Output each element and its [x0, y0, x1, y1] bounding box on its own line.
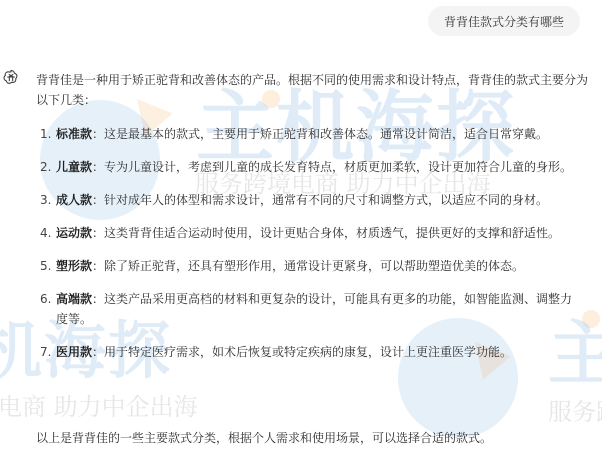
chat-page: 主机海探 服务跨境电商 助力中企出海 机海探 电商 助力中企出海 主 服务跨 背…: [0, 0, 602, 450]
style-list: 1.标准款：这是最基本的款式，主要用于矫正驼背和改善体态。通常设计简洁，适合日常…: [36, 124, 592, 362]
list-item-desc: 这类背背佳适合运动时使用，设计更贴合身体，材质透气，提供更好的支撑和舒适性。: [104, 226, 560, 240]
list-item-sep: ：: [92, 292, 104, 306]
list-item-number: 5.: [40, 256, 51, 276]
list-item-number: 1.: [40, 124, 51, 144]
list-item-sep: ：: [92, 193, 104, 207]
list-item-desc: 这是最基本的款式，主要用于矫正驼背和改善体态。通常设计简洁，适合日常穿戴。: [104, 127, 548, 141]
user-message-bubble: 背背佳款式分类有哪些: [428, 6, 580, 36]
user-message-text: 背背佳款式分类有哪些: [444, 13, 564, 30]
list-item-term: 儿童款: [56, 160, 92, 174]
list-item-number: 7.: [40, 342, 51, 362]
list-item-desc: 专为儿童设计，考虑到儿童的成长发育特点，材质更加柔软，设计更加符合儿童的身形。: [104, 160, 572, 174]
list-item-term: 医用款: [56, 345, 92, 359]
list-item-sep: ：: [92, 160, 104, 174]
answer-intro: 背背佳是一种用于矫正驼背和改善体态的产品。根据不同的使用需求和设计特点，背背佳的…: [36, 70, 592, 110]
list-item-number: 2.: [40, 157, 51, 177]
list-item-sep: ：: [92, 345, 104, 359]
list-item-number: 4.: [40, 223, 51, 243]
list-item: 3.成人款：针对成年人的体型和需求设计，通常有不同的尺寸和调整方式，以适应不同的…: [36, 190, 592, 210]
list-item-term: 高端款: [56, 292, 92, 306]
watermark-slogan-left: 电商 助力中企出海: [0, 393, 198, 421]
list-item-desc: 除了矫正驼背，还具有塑形作用，通常设计更紧身，可以帮助塑造优美的体态。: [104, 259, 524, 273]
list-item-desc: 这类产品采用更高档的材料和更复杂的设计，可能具有更多的功能，如智能监测、调整力度…: [56, 292, 572, 326]
assistant-message: 背背佳是一种用于矫正驼背和改善体态的产品。根据不同的使用需求和设计特点，背背佳的…: [36, 70, 592, 375]
list-item-desc: 针对成年人的体型和需求设计，通常有不同的尺寸和调整方式，以适应不同的身材。: [104, 193, 548, 207]
openai-logo-icon: [2, 68, 20, 86]
list-item-term: 成人款: [56, 193, 92, 207]
list-item-sep: ：: [92, 226, 104, 240]
list-item-number: 3.: [40, 190, 51, 210]
list-item: 4.运动款：这类背背佳适合运动时使用，设计更贴合身体，材质透气，提供更好的支撑和…: [36, 223, 592, 243]
list-item-term: 运动款: [56, 226, 92, 240]
list-item: 7.医用款：用于特定医疗需求，如术后恢复或特定疾病的康复，设计上更注重医学功能。: [36, 342, 592, 362]
list-item-desc: 用于特定医疗需求，如术后恢复或特定疾病的康复，设计上更注重医学功能。: [104, 345, 512, 359]
list-item: 6.高端款：这类产品采用更高档的材料和更复杂的设计，可能具有更多的功能，如智能监…: [36, 289, 592, 329]
list-item-number: 6.: [40, 289, 51, 309]
list-item-term: 塑形款: [56, 259, 92, 273]
list-item-sep: ：: [92, 127, 104, 141]
list-item: 1.标准款：这是最基本的款式，主要用于矫正驼背和改善体态。通常设计简洁，适合日常…: [36, 124, 592, 144]
list-item: 5.塑形款：除了矫正驼背，还具有塑形作用，通常设计更紧身，可以帮助塑造优美的体态…: [36, 256, 592, 276]
answer-outro: 以上是背背佳的一些主要款式分类，根据个人需求和使用场景，可以选择合适的款式。: [36, 429, 492, 447]
watermark-slogan-right: 服务跨: [548, 398, 602, 426]
list-item-sep: ：: [92, 259, 104, 273]
list-item: 2.儿童款：专为儿童设计，考虑到儿童的成长发育特点，材质更加柔软，设计更加符合儿…: [36, 157, 592, 177]
list-item-term: 标准款: [56, 127, 92, 141]
